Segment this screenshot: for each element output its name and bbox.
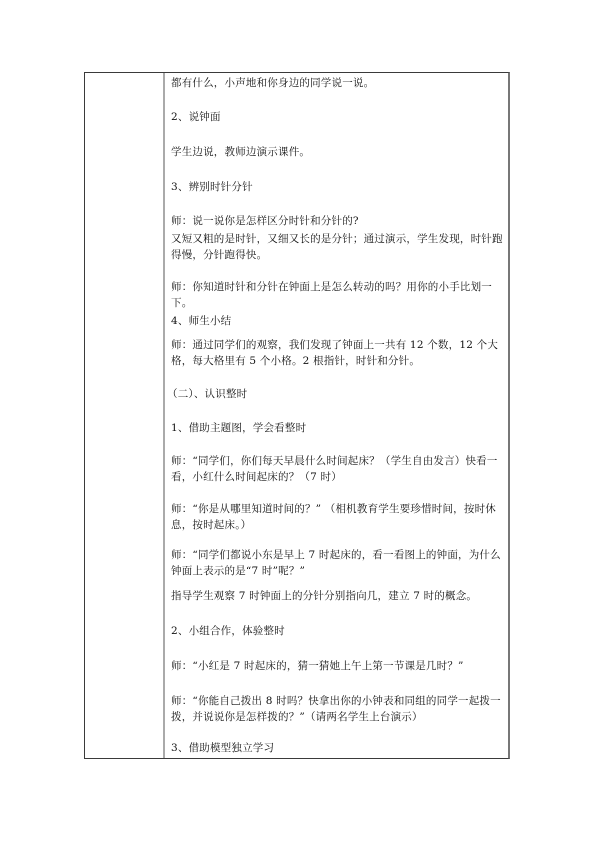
section-heading: 3、借助模型独立学习 [171, 740, 509, 756]
paragraph: 指导学生观察 7 时钟面上的分针分别指向几，建立 7 时的概念。 [171, 588, 509, 604]
lesson-plan-table: 都有什么，小声地和你身边的同学说一说。 2、说钟面 学生边说，教师边演示课件。 … [84, 72, 510, 759]
paragraph: 师：“你是从哪里知道时间的？” （相机教育学生要珍惜时间，按时休息，按时起床。） [171, 501, 509, 533]
paragraph: 学生边说，教师边演示课件。 [171, 144, 509, 160]
paragraph: 都有什么，小声地和你身边的同学说一说。 [171, 75, 509, 91]
paragraph: 师：“同学们，你们每天早晨什么时间起床？（学生自由发言）快看一看，小红什么时间起… [171, 453, 509, 485]
section-heading: 2、说钟面 [171, 109, 509, 125]
section-heading: 4、师生小结 [171, 313, 509, 329]
table-right-column: 都有什么，小声地和你身边的同学说一说。 2、说钟面 学生边说，教师边演示课件。 … [165, 73, 508, 758]
section-heading: 3、辨别时针分针 [171, 179, 509, 195]
paragraph: 师：“同学们都说小东是早上 7 时起床的，看一看图上的钟面，为什么钟面上表示的是… [171, 547, 509, 579]
section-heading: （二）、认识整时 [167, 386, 505, 402]
paragraph: 师：说一说你是怎样区分时针和分针的? [171, 213, 509, 229]
section-heading: 1、借助主题图，学会看整时 [171, 420, 509, 436]
table-left-column [85, 73, 165, 758]
paragraph: 师：“小红是 7 时起床的，猜一猜她上午上第一节课是几时？” [171, 658, 509, 674]
paragraph: 师：“你能自己拨出 8 时吗？快拿出你的小钟表和同组的同学一起拨一拨，并说说你是… [171, 693, 509, 725]
paragraph: 师：你知道时针和分针在钟面上是怎么转动的吗？用你的小手比划一下。 [171, 279, 509, 311]
section-heading: 2、小组合作，体验整时 [171, 623, 509, 639]
paragraph: 师：通过同学们的观察，我们发现了钟面上一共有 12 个数，12 个大格，每大格里… [171, 337, 509, 369]
paragraph: 又短又粗的是时针，又细又长的是分针；通过演示，学生发现，时针跑得慢，分针跑得快。 [171, 231, 509, 263]
